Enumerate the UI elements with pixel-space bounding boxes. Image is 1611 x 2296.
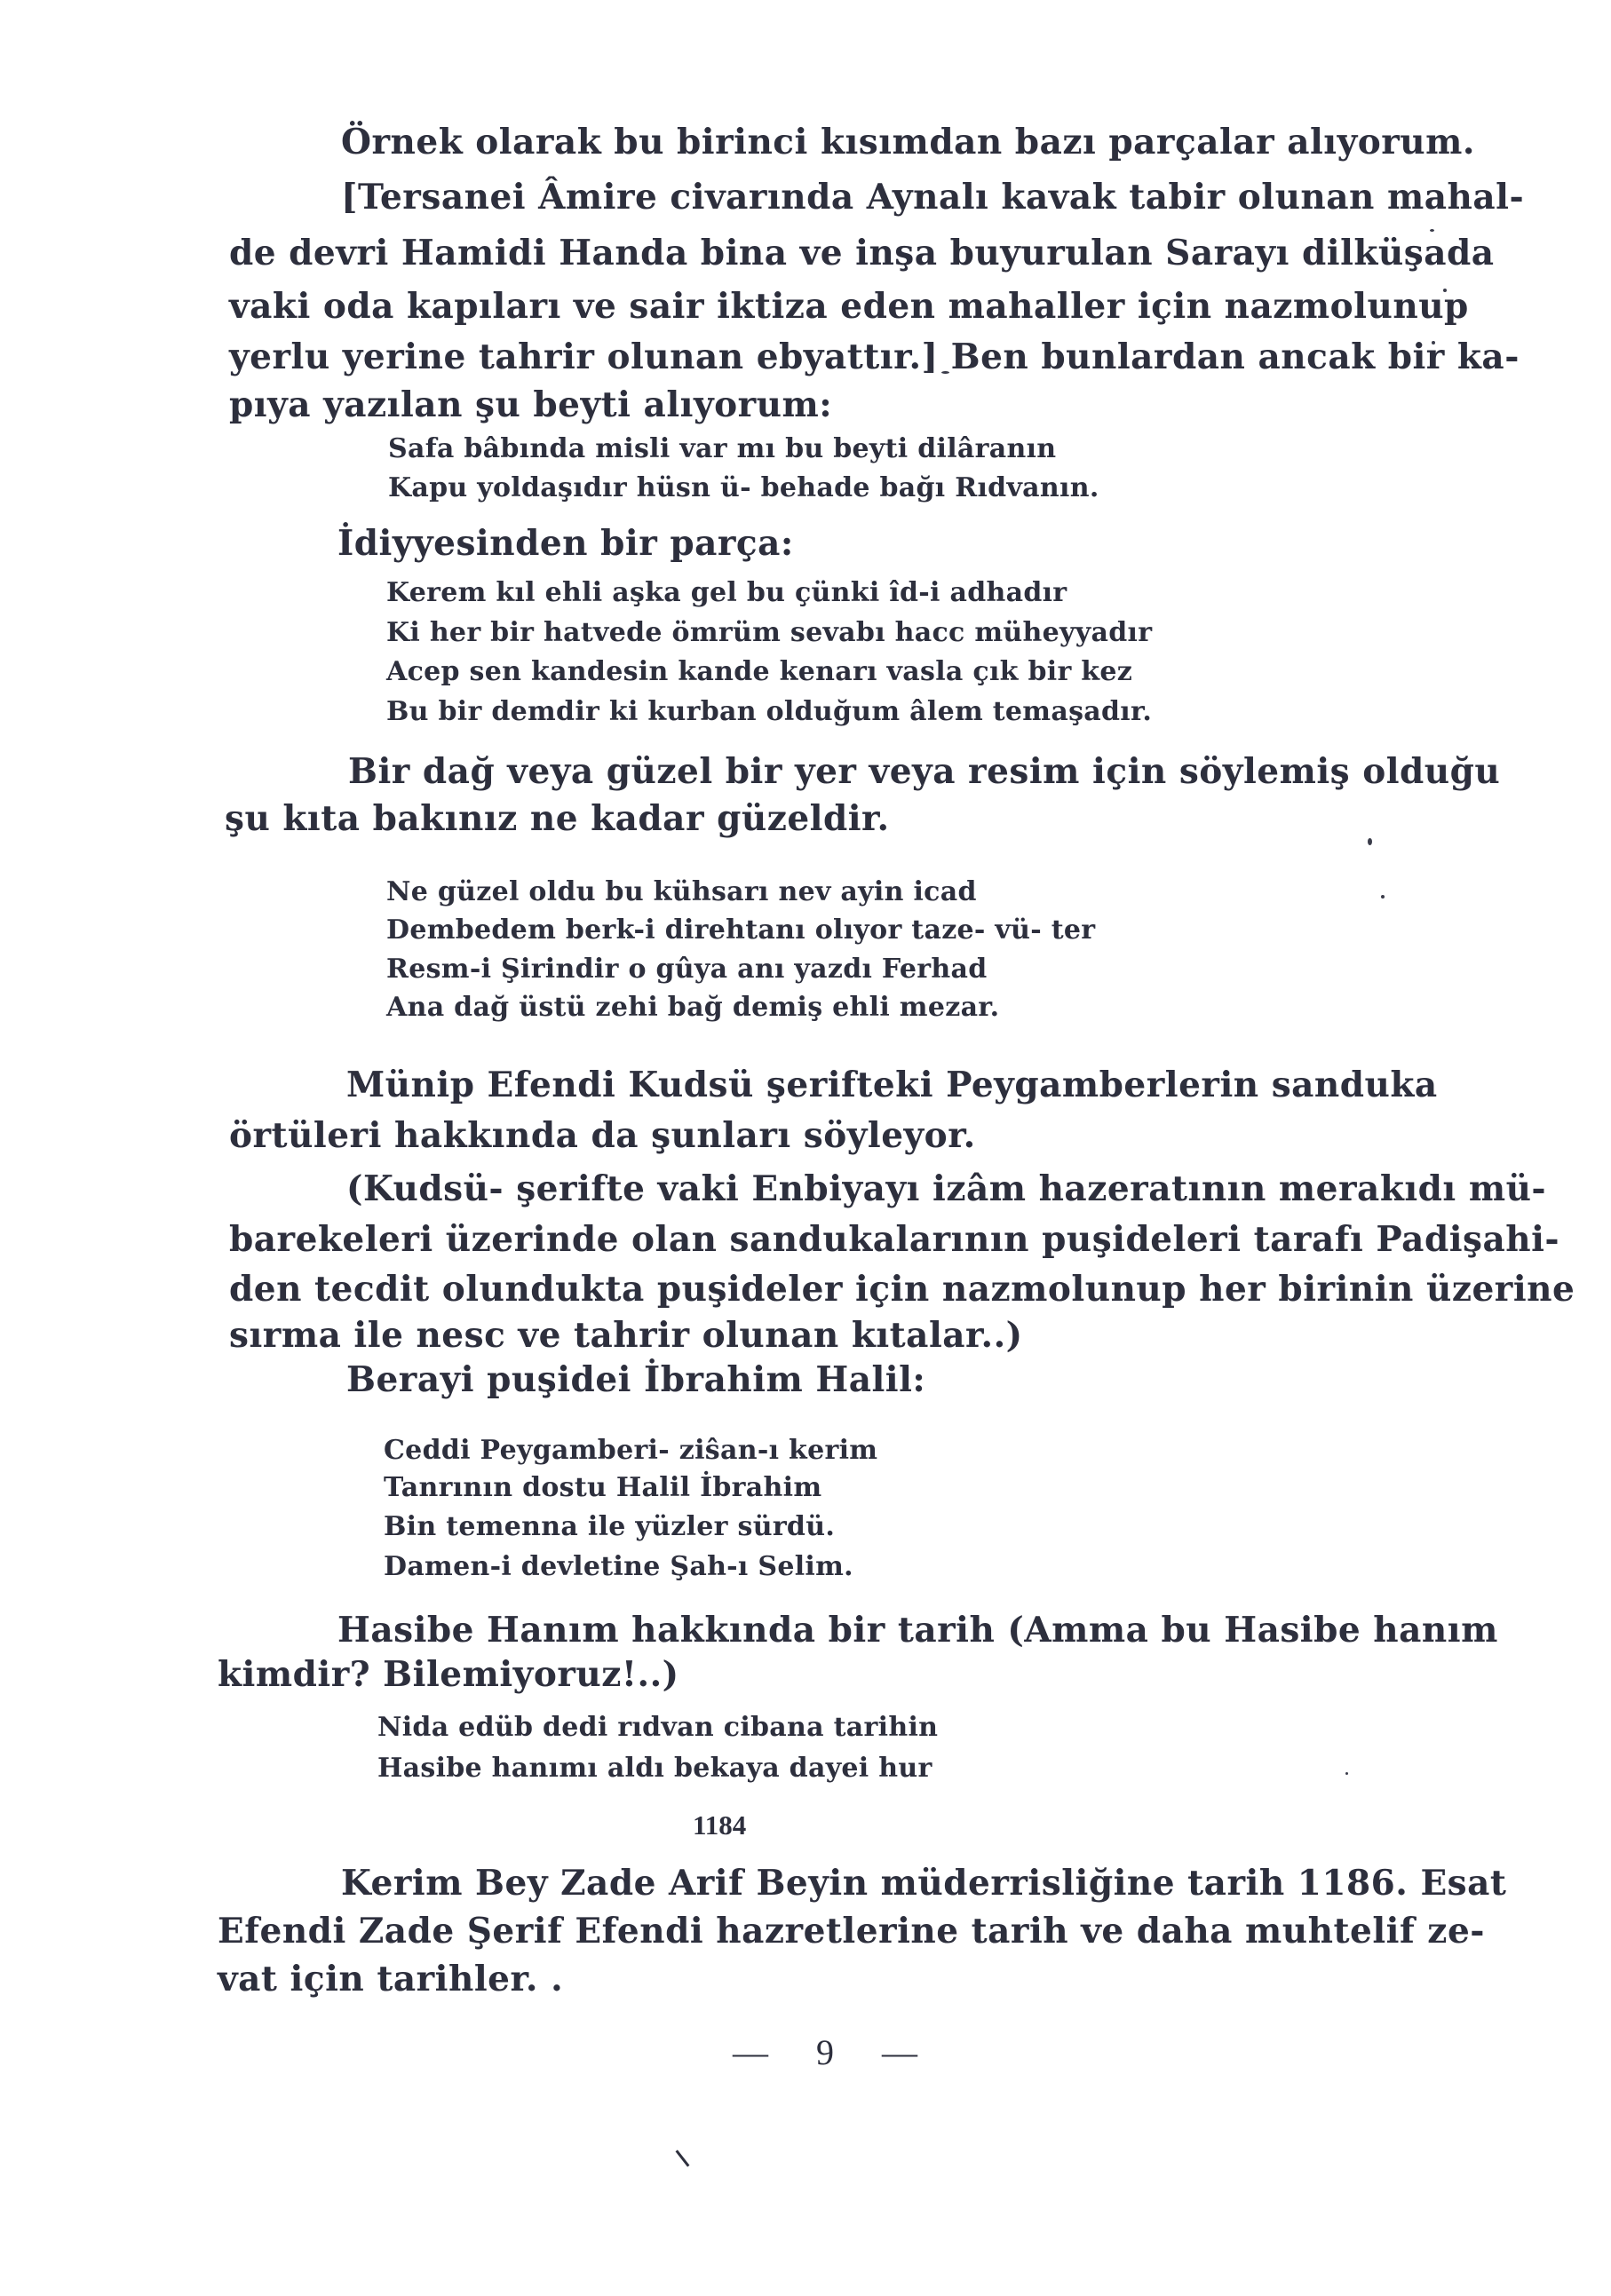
verse-1-line-1: Safa bâbında misli var mı bu beyti dilâr… <box>388 431 1056 467</box>
paragraph-1-line-5: yerlu yerine tahrir olunan ebyattır.] Be… <box>229 336 1417 378</box>
verse-4-line-4: Damen-i devletine Şah-ı Selim. <box>384 1549 853 1585</box>
verse-2-line-4: Bu bir demdir ki kurban olduğum âlem tem… <box>386 694 1152 730</box>
paragraph-3-line-1: Münip Efendi Kudsü şerifteki Peygamberle… <box>346 1064 1422 1106</box>
paragraph-1-line-3: de devri Hamidi Handa bina ve inşa buyur… <box>229 232 1417 274</box>
paragraph-1-line-1: Örnek olarak bu birinci kısımdan bazı pa… <box>341 121 1417 163</box>
scan-speck <box>1430 229 1434 232</box>
paragraph-5-line-1: Hasibe Hanım hakkında bir tarih (Amma bu… <box>337 1609 1413 1651</box>
verse-3-line-1: Ne güzel oldu bu kühsarı nev ayin icad <box>386 875 977 910</box>
tarih-year: 1184 <box>693 1809 746 1841</box>
paragraph-4-line-3: den tecdit olundukta puşideler için nazm… <box>229 1268 1417 1310</box>
verse-2-line-2: Ki her bir hatvede ömrüm sevabı hacc müh… <box>386 615 1152 651</box>
verse-1-line-2: Kapu yoldaşıdır hüsn ü- behade bağı Rıdv… <box>388 471 1099 506</box>
paragraph-6-line-1: Kerim Bey Zade Arif Beyin müderrisliğine… <box>341 1862 1417 1904</box>
paragraph-5-line-2: kimdir? Bilemiyoruz!..) <box>218 1653 1405 1696</box>
page-number: — 9 — <box>733 2031 937 2073</box>
verse-5-line-1: Nida edüb dedi rıdvan cibana tarihin <box>377 1710 938 1746</box>
paragraph-6-line-2: Efendi Zade Şerif Efendi hazretlerine ta… <box>218 1910 1405 1952</box>
paragraph-4-line-1: (Kudsü- şerifte vaki Enbiyayı izâm hazer… <box>346 1168 1422 1210</box>
verse-4-line-3: Bin temenna ile yüzler sürdü. <box>384 1509 835 1545</box>
paragraph-3-line-2: örtüleri hakkında da şunları söyleyor. <box>229 1114 1417 1157</box>
scan-speck <box>1381 895 1385 899</box>
scan-stroke-mark <box>676 2150 690 2166</box>
paragraph-6-line-3: vat için tarihler. . <box>218 1958 1405 2000</box>
verse-3-line-4: Ana dağ üstü zehi bağ demiş ehli mezar. <box>386 990 999 1025</box>
paragraph-2-line-2: şu kıta bakınız ne kadar güzeldir. <box>225 797 1412 840</box>
scan-speck <box>1368 838 1372 845</box>
verse-3-line-2: Dembedem berk-i direhtanı olıyor taze- v… <box>386 913 1095 948</box>
verse-4-line-2: Tanrının dostu Halil İbrahim <box>384 1470 821 1506</box>
scanned-book-page: Örnek olarak bu birinci kısımdan bazı pa… <box>0 0 1611 2296</box>
paragraph-4-line-4: sırma ile nesc ve tahrir olunan kıtalar.… <box>229 1314 1417 1357</box>
scan-speck <box>1432 341 1435 344</box>
paragraph-1-line-6: pıya yazılan şu beyti alıyorum: <box>229 384 1417 426</box>
verse-4-line-1: Ceddi Peygamberi- ziŝan-ı kerim <box>384 1433 877 1469</box>
scan-speck <box>1443 289 1447 292</box>
paragraph-1-line-2: [Tersanei Âmire civarında Aynalı kavak t… <box>341 176 1417 218</box>
section-heading-berayi: Berayi puşidei İbrahim Halil: <box>346 1358 1534 1401</box>
scan-speck <box>1345 1772 1348 1775</box>
paragraph-2-line-1: Bir dağ veya güzel bir yer veya resim iç… <box>348 750 1424 793</box>
verse-5-line-2: Hasibe hanımı aldı bekaya dayei hur <box>377 1751 932 1786</box>
verse-3-line-3: Resm-i Şirindir o gûya anı yazdı Ferhad <box>386 952 988 987</box>
verse-2-line-3: Acep sen kandesin kande kenarı vasla çık… <box>386 654 1132 690</box>
paragraph-1-line-4: vaki oda kapıları ve sair iktiza eden ma… <box>229 285 1417 328</box>
section-heading-idiyye: İdiyyesinden bir parça: <box>337 522 1525 565</box>
scan-speck <box>941 371 949 374</box>
paragraph-4-line-2: barekeleri üzerinde olan sandukalarının … <box>229 1218 1417 1261</box>
verse-2-line-1: Kerem kıl ehli aşka gel bu çünki îd-i ad… <box>386 575 1067 611</box>
